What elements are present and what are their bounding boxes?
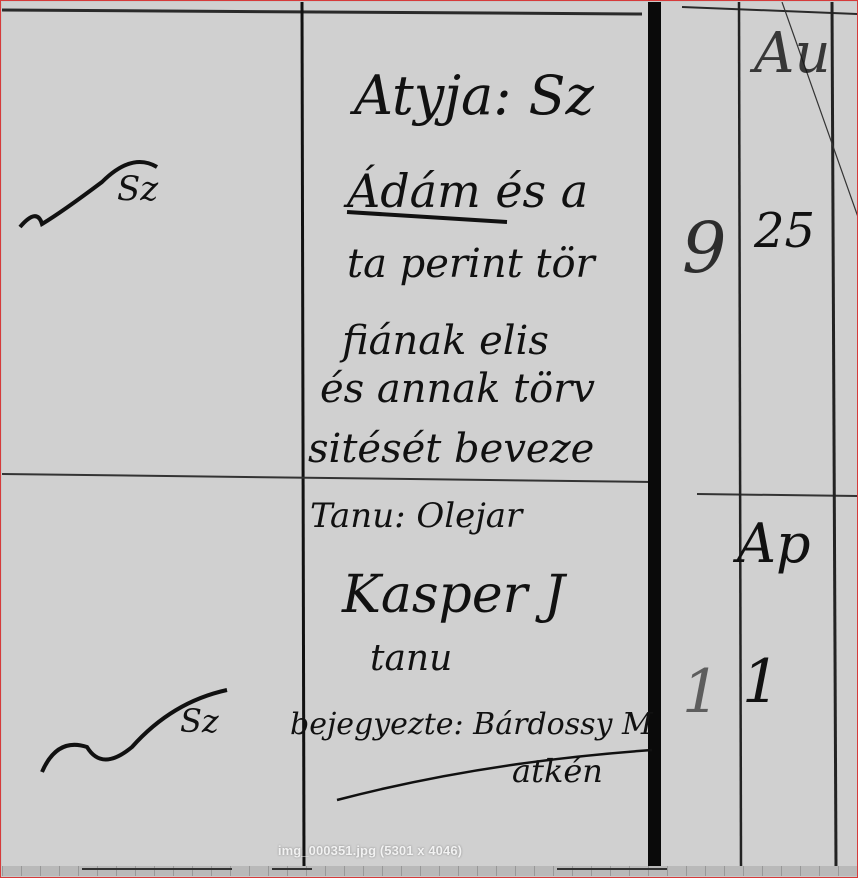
svg-text:bejegyezte: Bárdossy M: bejegyezte: Bárdossy M — [290, 707, 654, 742]
scanned-document-image[interactable]: Sz Sz Atyja: Sz Ádám és a ta perint tör … — [2, 2, 858, 868]
svg-text:és annak törv: és annak törv — [320, 366, 595, 412]
svg-text:1: 1 — [682, 657, 720, 727]
svg-text:25: 25 — [753, 203, 815, 259]
svg-text:Kasper J: Kasper J — [341, 565, 568, 625]
image-viewer-window: Sz Sz Atyja: Sz Ádám és a ta perint tör … — [0, 0, 858, 878]
thumbnail-marker — [557, 868, 667, 870]
svg-text:Ádám és a: Ádám és a — [343, 163, 588, 218]
thumbnail-marker — [82, 868, 232, 870]
svg-text:1: 1 — [742, 647, 780, 717]
left-mark-1: Sz — [117, 169, 159, 209]
svg-text:sitését beveze: sitését beveze — [308, 426, 594, 472]
svg-text:Ap: Ap — [732, 512, 811, 575]
image-caption: img_000351.jpg (5301 x 4046) — [0, 843, 799, 858]
svg-text:Au: Au — [749, 21, 831, 86]
svg-text:tanu: tanu — [370, 638, 452, 679]
register-page-scan: Sz Sz Atyja: Sz Ádám és a ta perint tör … — [2, 2, 858, 868]
thumbnail-marker — [272, 868, 312, 870]
svg-text:Tanu: Olejar: Tanu: Olejar — [310, 496, 524, 536]
left-mark-2: Sz — [180, 702, 220, 740]
svg-text:9: 9 — [682, 207, 727, 289]
svg-text:atkén: atkén — [512, 752, 603, 790]
svg-text:ta perint tör: ta perint tör — [347, 241, 598, 287]
thumbnail-strip[interactable] — [2, 866, 858, 876]
svg-text:fiának elis: fiának elis — [339, 318, 549, 364]
svg-text:Atyja: Sz: Atyja: Sz — [349, 64, 595, 127]
